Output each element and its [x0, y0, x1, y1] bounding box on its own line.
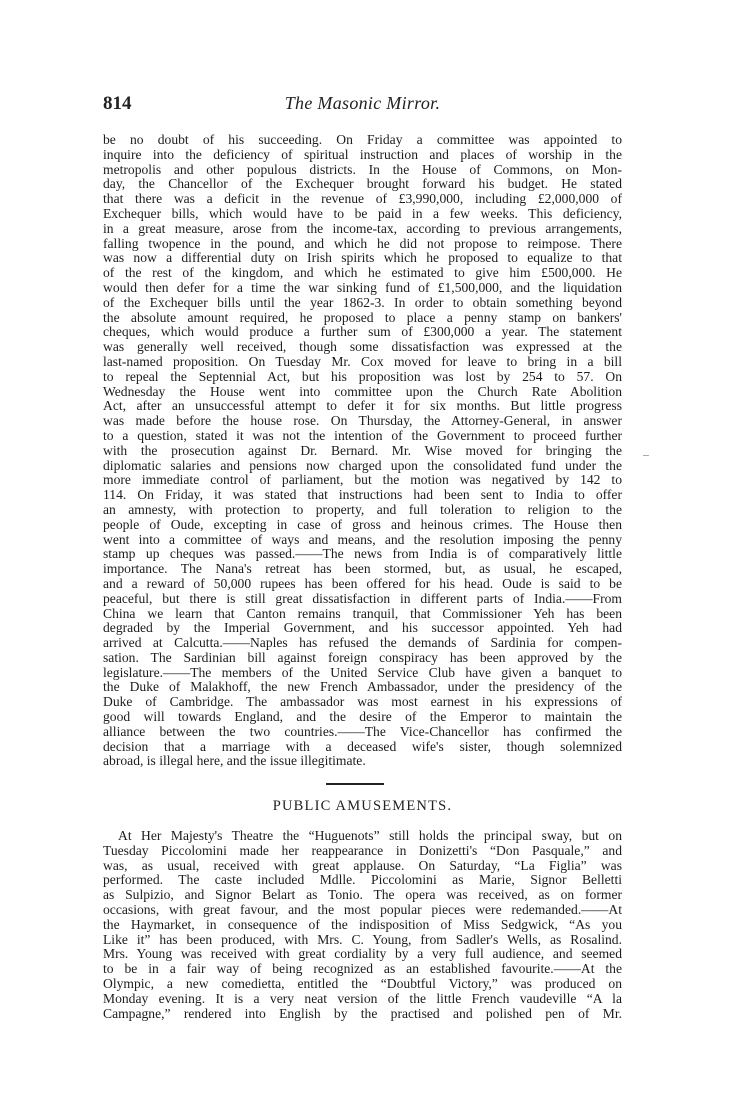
- text-line: Like it” has been produced, with Mrs. C.…: [103, 933, 622, 948]
- text-line: arrived at Calcutta.——Naples has refused…: [103, 636, 622, 651]
- text-line: China we learn that Canton remains tranq…: [103, 607, 622, 622]
- text-line: Act, after an unsuccessful attempt to de…: [103, 399, 622, 414]
- text-line: Monday evening. It is a very neat versio…: [103, 992, 622, 1007]
- text-line: day, the Chancellor of the Exchequer bro…: [103, 177, 622, 192]
- text-line: to be in a fair way of being recognized …: [103, 962, 622, 977]
- text-line: occasions, with great favour, and the mo…: [103, 903, 622, 918]
- text-line: metropolis and other populous districts.…: [103, 163, 622, 178]
- text-line: diplomatic salaries and pensions now cha…: [103, 459, 622, 474]
- text-line: stamp up cheques was passed.——The news f…: [103, 547, 622, 562]
- text-line: was, as usual, received with great appla…: [103, 859, 622, 874]
- text-line: Wednesday the House went into committee …: [103, 385, 622, 400]
- text-line: abroad, is illegal here, and the issue i…: [103, 754, 622, 769]
- text-line: inquire into the deficiency of spiritual…: [103, 148, 622, 163]
- text-line: an amnesty, with protection to property,…: [103, 503, 622, 518]
- text-line: to repeal the Septennial Act, but his pr…: [103, 370, 622, 385]
- news-paragraph: be no doubt of his succeeding. On Friday…: [103, 133, 622, 769]
- text-line: with the prosecution against Dr. Bernard…: [103, 444, 622, 459]
- text-line: decision that a marriage with a deceased…: [103, 740, 622, 755]
- section-title: PUBLIC AMUSEMENTS.: [103, 798, 622, 815]
- text-line: Olympic, a new comedietta, entitled the …: [103, 977, 622, 992]
- text-line: Tuesday Piccolomini made her reappearanc…: [103, 844, 622, 859]
- text-line: would then defer for a time the war sink…: [103, 281, 622, 296]
- page-header: 814 The Masonic Mirror.: [103, 93, 622, 115]
- text-line: importance. The Nana's retreat has been …: [103, 562, 622, 577]
- text-line: in a great measure, arose from the incom…: [103, 222, 622, 237]
- text-line: performed. The caste included Mdlle. Pic…: [103, 873, 622, 888]
- text-line: and a reward of 50,000 rupees has been o…: [103, 577, 622, 592]
- text-line: falling twopence in the pound, and which…: [103, 237, 622, 252]
- public-amusements-paragraph: At Her Majesty's Theatre the “Huguenots”…: [103, 829, 622, 1021]
- text-line: Exchequer bills, which would have to be …: [103, 207, 622, 222]
- text-line: 114. On Friday, it was stated that instr…: [103, 488, 622, 503]
- text-line: was made before the house rose. On Thurs…: [103, 414, 622, 429]
- text-line: more immediate control of parliament, bu…: [103, 473, 622, 488]
- text-line: Duke of Cambridge. The ambassador was mo…: [103, 695, 622, 710]
- text-line: of the Exchequer bills until the year 18…: [103, 296, 622, 311]
- running-title: The Masonic Mirror.: [103, 93, 622, 114]
- text-line: that there was a deficit in the revenue …: [103, 192, 622, 207]
- text-line: was generally well received, though some…: [103, 340, 622, 355]
- text-line: At Her Majesty's Theatre the “Huguenots”…: [103, 829, 622, 844]
- text-line: to a question, stated it was not the int…: [103, 429, 622, 444]
- text-line: last-named proposition. On Tuesday Mr. C…: [103, 355, 622, 370]
- text-line: people of Oude, excepting in case of gro…: [103, 518, 622, 533]
- text-line: be no doubt of his succeeding. On Friday…: [103, 133, 622, 148]
- text-line: Campagne,” rendered into English by the …: [103, 1007, 622, 1022]
- text-line: went into a committee of ways and means,…: [103, 533, 622, 548]
- text-line: degraded by the Imperial Government, and…: [103, 621, 622, 636]
- text-line: as Sulpizio, and Signor Belart as Tonio.…: [103, 888, 622, 903]
- text-line: the Duke of Malakhoff, the new French Am…: [103, 680, 622, 695]
- text-line: peaceful, but there is still great dissa…: [103, 592, 622, 607]
- scan-speck: [643, 455, 649, 456]
- text-line: sation. The Sardinian bill against forei…: [103, 651, 622, 666]
- text-line: alliance between the two countries.——The…: [103, 725, 622, 740]
- text-line: cheques, which would produce a further s…: [103, 325, 622, 340]
- magazine-page: 814 The Masonic Mirror. be no doubt of h…: [0, 0, 735, 1117]
- text-line: the Haymarket, in consequence of the ind…: [103, 918, 622, 933]
- section-divider-rule: [326, 783, 384, 785]
- text-line: Mrs. Young was received with great cordi…: [103, 947, 622, 962]
- text-line: the absolute amount required, he propose…: [103, 311, 622, 326]
- text-line: of the rest of the kingdom, and which he…: [103, 266, 622, 281]
- text-line: was now a differential duty on Irish spi…: [103, 251, 622, 266]
- text-line: good will towards England, and the desir…: [103, 710, 622, 725]
- text-line: legislature.——The members of the United …: [103, 666, 622, 681]
